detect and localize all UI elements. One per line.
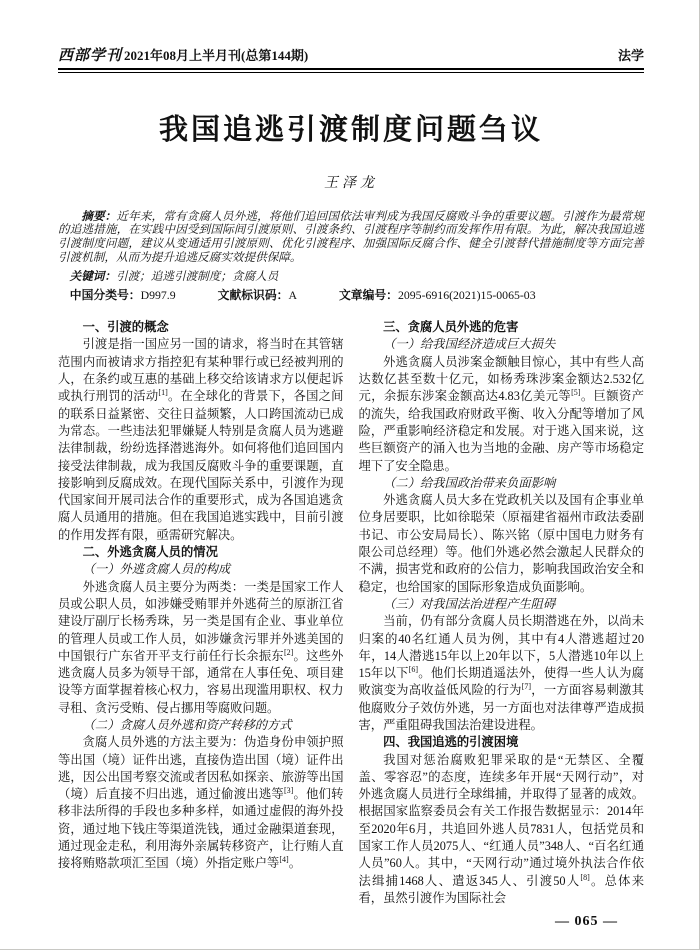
article-subheading: （二）贪腐人员外逃和资产转移的方式 xyxy=(58,717,344,734)
article-heading: 二、外逃贪腐人员的情况 xyxy=(58,544,344,561)
article-paragraph: 我国对惩治腐败犯罪采取的是“无禁区、全覆盖、零容忍”的态度，连续多年开展“天网行… xyxy=(359,752,645,908)
header-section-label: 法学 xyxy=(618,45,644,64)
article-subheading: （二）给我国政治带来负面影响 xyxy=(359,475,645,492)
page-number: — 065 — xyxy=(359,913,645,930)
article-title: 我国追逃引渡制度问题刍议 xyxy=(58,113,644,148)
journal-issue-info: 2021年08月上半月刊(总第144期) xyxy=(124,45,308,64)
page-header: 西部学刊 2021年08月上半月刊(总第144期) 法学 xyxy=(58,44,644,65)
article-paragraph: 引渡是指一国应另一国的请求，将当时在其管辖范围内而被请求方指控犯有某种罪行或已经… xyxy=(58,336,344,544)
journal-page: 西部学刊 2021年08月上半月刊(总第144期) 法学 我国追逃引渡制度问题刍… xyxy=(0,0,700,950)
article-paragraph: 当前，仍有部分贪腐人员长期潜逃在外，以尚未归案的40名红通人员为例，其中有4人潜… xyxy=(359,613,645,734)
article-heading: 一、引渡的概念 xyxy=(58,319,344,336)
left-column: 一、引渡的概念引渡是指一国应另一国的请求，将当时在其管辖范围内而被请求方指控犯有… xyxy=(58,319,344,930)
article-no-label: 文章编号： xyxy=(339,288,398,302)
article-subheading: （三）对我国法治进程产生阻碍 xyxy=(359,596,645,613)
abstract: 摘要：近年来，常有贪腐人员外逃，将他们追回国依法审判成为我国反腐败斗争的重要议题… xyxy=(58,210,644,264)
doc-code-value: A xyxy=(288,288,297,302)
header-rule-thick xyxy=(58,68,644,70)
header-left: 西部学刊 2021年08月上半月刊(总第144期) xyxy=(58,44,308,65)
header-rule-thin xyxy=(58,72,644,73)
article-no-value: 2095-6916(2021)15-0065-03 xyxy=(398,288,536,302)
keywords-line: 关键词：引渡；追逃引渡制度；贪腐人员 xyxy=(58,269,644,284)
doc-code-label: 文献标识码： xyxy=(218,288,289,302)
article-paragraph: 外逃贪腐人员涉案金额触目惊心，其中有些人高达数亿甚至数十亿元，如杨秀珠涉案金额达… xyxy=(359,354,645,475)
article-subheading: （一）外逃贪腐人员的构成 xyxy=(58,561,344,578)
article-heading: 四、我国追逃的引渡困境 xyxy=(359,734,645,751)
article-author: 王泽龙 xyxy=(58,172,644,192)
clc-label: 中国分类号： xyxy=(70,288,141,302)
clc-value: D997.9 xyxy=(141,288,176,302)
keywords-text: 引渡；追逃引渡制度；贪腐人员 xyxy=(116,270,278,283)
article-paragraph: 外逃贪腐人员大多在党政机关以及国有企事业单位身居要职，比如徐聪荣（原福建省福州市… xyxy=(359,492,645,596)
body-columns: 一、引渡的概念引渡是指一国应另一国的请求，将当时在其管辖范围内而被请求方指控犯有… xyxy=(58,319,644,930)
article-paragraph: 贪腐人员外逃的方法主要为：伪造身份申领护照等出国（境）证件出逃，直接伪造出国（境… xyxy=(58,734,344,872)
article-paragraph: 外逃贪腐人员主要分为两类：一类是国家工作人员或公职人员，如涉嫌受贿罪并外逃荷兰的… xyxy=(58,579,344,717)
right-column: 三、贪腐人员外逃的危害（一）给我国经济造成巨大损失外逃贪腐人员涉案金额触目惊心，… xyxy=(359,319,645,930)
keywords-label: 关键词： xyxy=(70,270,116,283)
meta-line: 中国分类号：D997.9文献标识码：A文章编号：2095-6916(2021)1… xyxy=(58,288,644,303)
article-subheading: （一）给我国经济造成巨大损失 xyxy=(359,336,645,353)
abstract-label: 摘要： xyxy=(81,210,116,223)
abstract-text: 近年来，常有贪腐人员外逃，将他们追回国依法审判成为我国反腐败斗争的重要议题。引渡… xyxy=(58,210,644,264)
article-heading: 三、贪腐人员外逃的危害 xyxy=(359,319,645,336)
journal-logo: 西部学刊 xyxy=(58,44,122,65)
